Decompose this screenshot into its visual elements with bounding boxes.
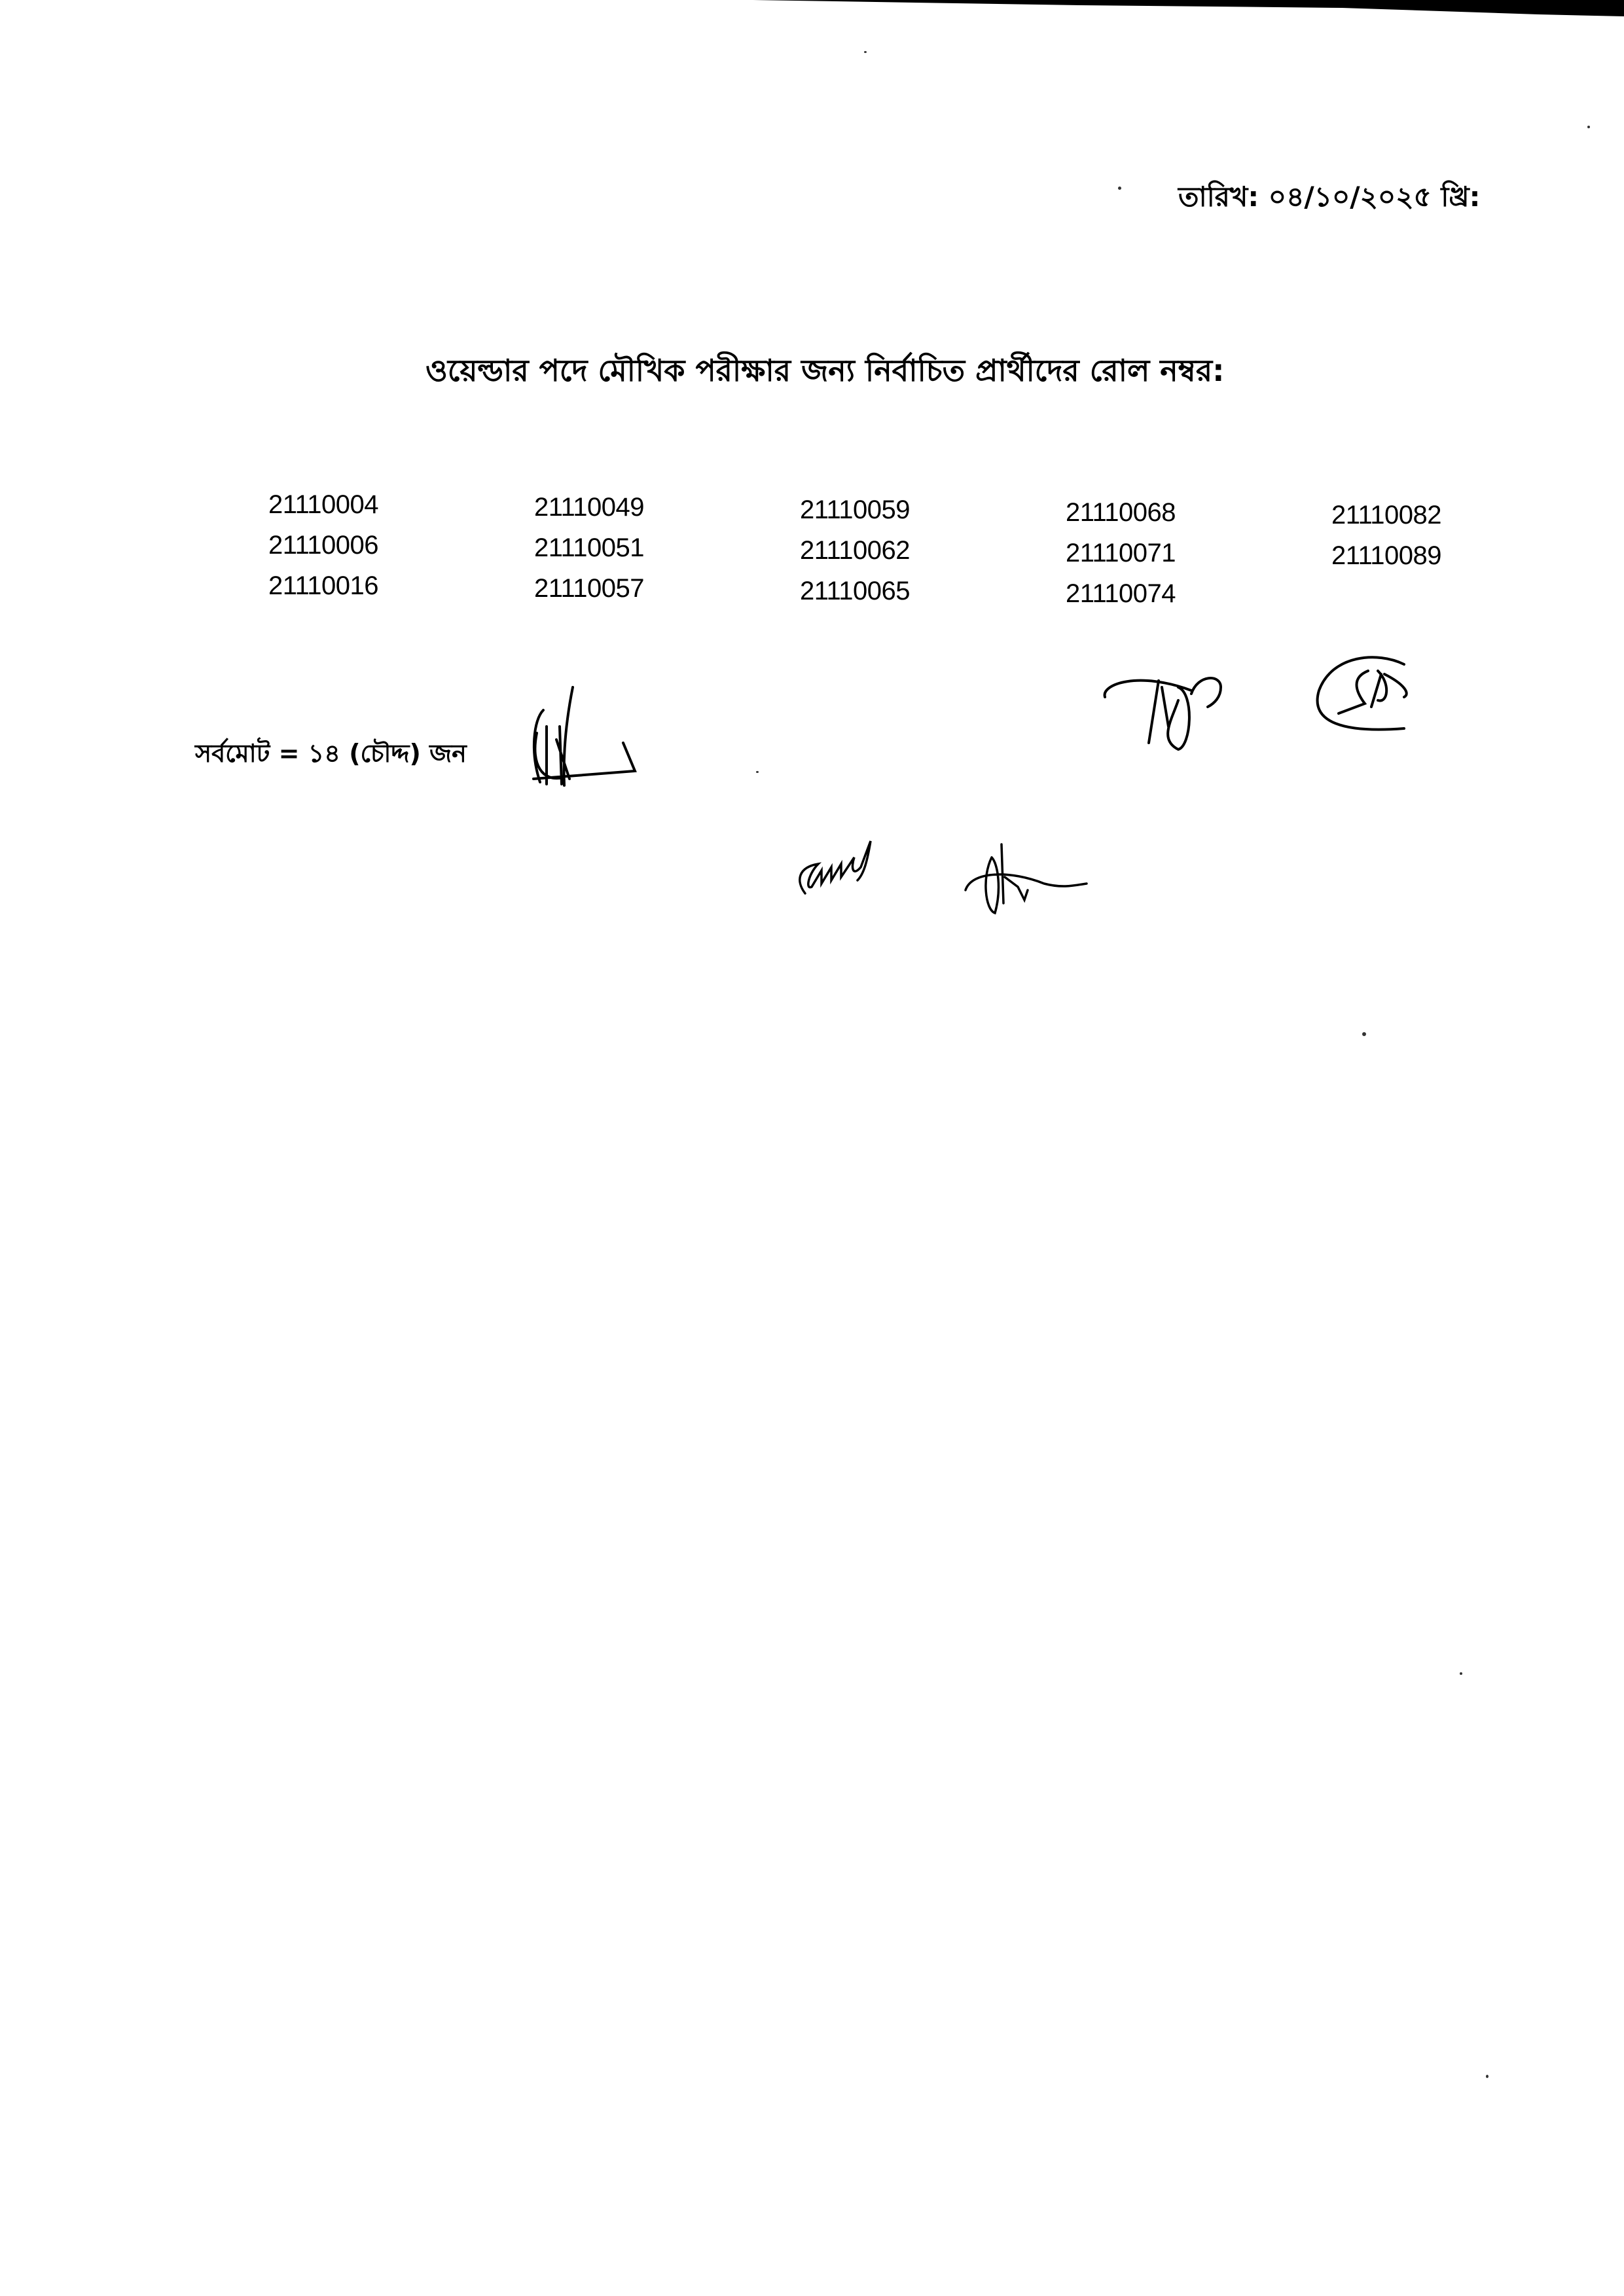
roll-number: 21110016 xyxy=(268,565,465,606)
roll-number: 21110062 xyxy=(800,530,996,571)
roll-column-2: 21110049 21110051 21110057 xyxy=(534,487,731,609)
scan-speck xyxy=(1486,2075,1489,2078)
roll-number: 21110068 xyxy=(1066,492,1262,533)
scan-speck xyxy=(1362,1032,1366,1036)
roll-number: 21110082 xyxy=(1331,495,1528,535)
scan-speck xyxy=(1460,1672,1462,1675)
signature-1 xyxy=(517,674,694,792)
roll-number: 21110074 xyxy=(1066,573,1262,614)
roll-column-3: 21110059 21110062 21110065 xyxy=(800,490,996,611)
roll-number: 21110049 xyxy=(534,487,731,528)
scan-speck xyxy=(1118,187,1121,190)
roll-number: 21110057 xyxy=(534,568,731,609)
signature-5 xyxy=(959,838,1090,923)
roll-number: 21110059 xyxy=(800,490,996,530)
total-count: সর্বমোট = ১৪ (চৌদ্দ) জন xyxy=(195,734,467,776)
date-line: তারিখ: ০৪/১০/২০২৫ খ্রি: xyxy=(1178,175,1480,222)
signature-2 xyxy=(1100,668,1263,753)
roll-column-5: 21110082 21110089 xyxy=(1331,495,1528,576)
scan-speck xyxy=(756,771,759,773)
signature-4 xyxy=(792,828,923,900)
roll-number: 21110006 xyxy=(268,525,465,565)
roll-number: 21110004 xyxy=(268,484,465,525)
roll-number: 21110051 xyxy=(534,528,731,568)
roll-number: 21110071 xyxy=(1066,533,1262,573)
roll-column-1: 21110004 21110006 21110016 xyxy=(268,484,465,606)
scan-speck xyxy=(1587,126,1590,128)
signature-3 xyxy=(1306,645,1424,740)
roll-column-4: 21110068 21110071 21110074 xyxy=(1066,492,1262,614)
page-title: ওয়েল্ডার পদে মৌখিক পরীক্ষার জন্য নির্বা… xyxy=(425,348,1225,398)
roll-number: 21110089 xyxy=(1331,535,1528,576)
roll-number: 21110065 xyxy=(800,571,996,611)
scan-speck xyxy=(864,51,867,53)
scan-edge-shadow xyxy=(753,0,1624,20)
